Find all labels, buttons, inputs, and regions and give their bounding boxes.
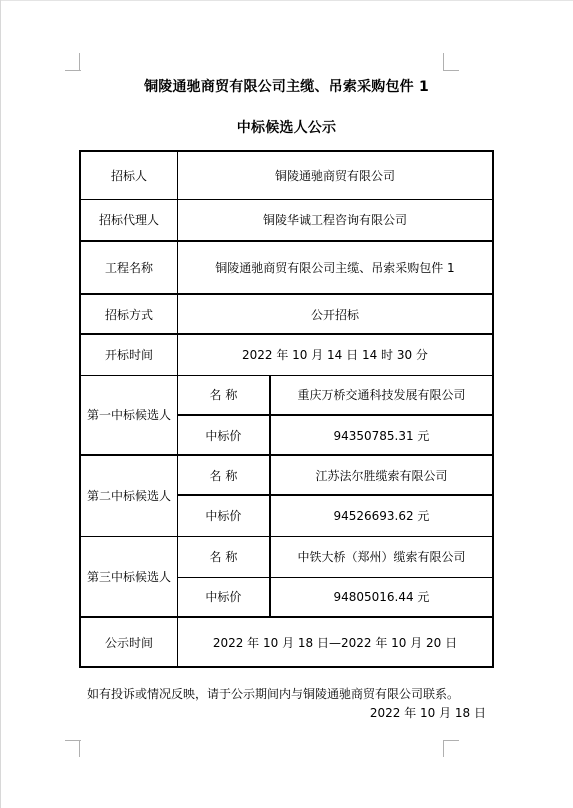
- candidate-1-name-row: 第一中标候选人 名 称 重庆万桥交通科技发展有限公司: [80, 375, 493, 415]
- label-agent: 招标代理人: [80, 199, 177, 241]
- value-project-name: 铜陵通驰商贸有限公司主缆、吊索采购包件 1: [177, 241, 493, 294]
- row-publicity-period: 公示时间 2022 年 10 月 18 日—2022 年 10 月 20 日: [80, 617, 493, 667]
- document-title: 铜陵通驰商贸有限公司主缆、吊索采购包件 1: [0, 76, 573, 96]
- value-method: 公开招标: [177, 294, 493, 334]
- candidate-1-name-label: 名 称: [177, 375, 269, 415]
- candidate-1-price-label: 中标价: [177, 415, 269, 455]
- row-project-name: 工程名称 铜陵通驰商贸有限公司主缆、吊索采购包件 1: [80, 241, 493, 294]
- label-tenderer: 招标人: [80, 151, 177, 199]
- publish-date: 2022 年 10 月 18 日: [370, 704, 486, 721]
- label-project-name: 工程名称: [80, 241, 177, 294]
- candidate-3-name: 中铁大桥（郑州）缆索有限公司: [270, 536, 493, 577]
- contact-note: 如有投诉或情况反映，请于公示期间内与铜陵通驰商贸有限公司联系。: [87, 685, 459, 702]
- row-method: 招标方式 公开招标: [80, 294, 493, 334]
- candidate-2-name-row: 第二中标候选人 名 称 江苏法尔胜缆索有限公司: [80, 455, 493, 495]
- row-tenderer: 招标人 铜陵通驰商贸有限公司: [80, 151, 493, 199]
- candidate-2-price-label: 中标价: [177, 495, 269, 536]
- candidate-2-price: 94526693.62 元: [270, 495, 493, 536]
- label-publicity-period: 公示时间: [80, 617, 177, 667]
- candidate-3-name-label: 名 称: [177, 536, 269, 577]
- candidate-1-rank: 第一中标候选人: [80, 375, 177, 455]
- bid-candidates-table: 招标人 铜陵通驰商贸有限公司 招标代理人 铜陵华诚工程咨询有限公司 工程名称 铜…: [79, 150, 494, 668]
- candidate-2-name: 江苏法尔胜缆索有限公司: [270, 455, 493, 495]
- candidate-3-price-label: 中标价: [177, 577, 269, 617]
- value-agent: 铜陵华诚工程咨询有限公司: [177, 199, 493, 241]
- candidate-2-rank: 第二中标候选人: [80, 455, 177, 536]
- document-subtitle: 中标候选人公示: [0, 117, 573, 137]
- row-opening-time: 开标时间 2022 年 10 月 14 日 14 时 30 分: [80, 334, 493, 375]
- candidate-3-name-row: 第三中标候选人 名 称 中铁大桥（郑州）缆索有限公司: [80, 536, 493, 577]
- candidate-2-name-label: 名 称: [177, 455, 269, 495]
- candidate-1-price: 94350785.31 元: [270, 415, 493, 455]
- page-edge-top: [0, 0, 573, 1]
- label-opening-time: 开标时间: [80, 334, 177, 375]
- candidate-1-name: 重庆万桥交通科技发展有限公司: [270, 375, 493, 415]
- value-tenderer: 铜陵通驰商贸有限公司: [177, 151, 493, 199]
- row-agent: 招标代理人 铜陵华诚工程咨询有限公司: [80, 199, 493, 241]
- value-publicity-period: 2022 年 10 月 18 日—2022 年 10 月 20 日: [177, 617, 493, 667]
- label-method: 招标方式: [80, 294, 177, 334]
- candidate-3-rank: 第三中标候选人: [80, 536, 177, 617]
- candidate-3-price: 94805016.44 元: [270, 577, 493, 617]
- value-opening-time: 2022 年 10 月 14 日 14 时 30 分: [177, 334, 493, 375]
